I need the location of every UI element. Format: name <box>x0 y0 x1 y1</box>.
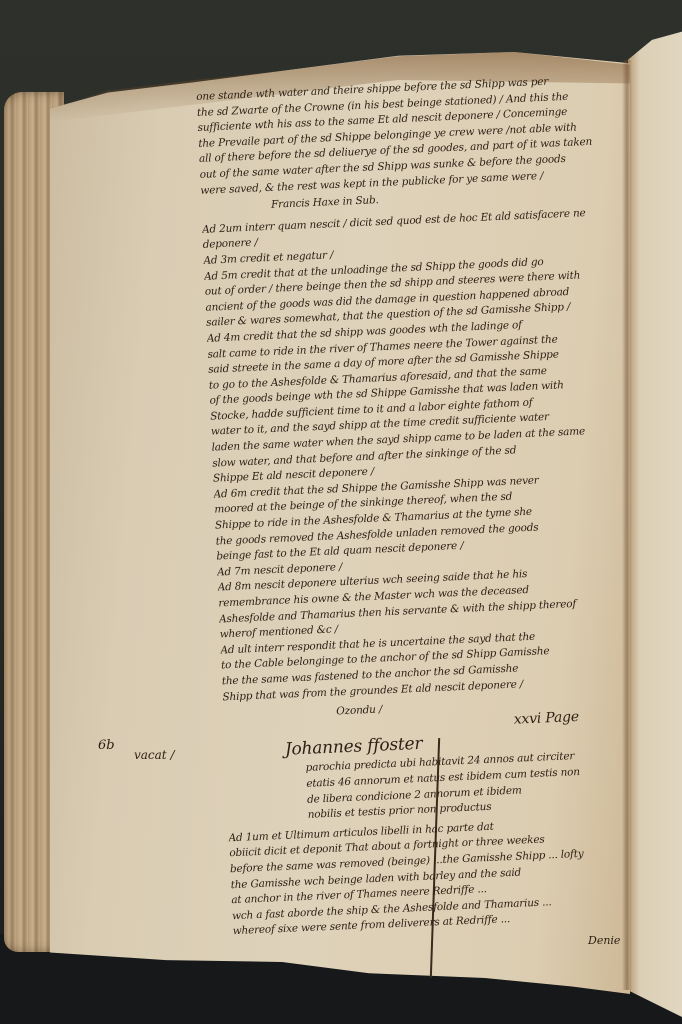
manuscript-text: one stande wth water and theire shippe b… <box>196 71 665 940</box>
upper-section: one stande wth water and theire shippe b… <box>196 71 633 216</box>
deponent-section: xxvi Page Johannes ffoster parochia pred… <box>224 706 660 827</box>
catchword: Denie <box>588 934 620 947</box>
middle-section: Ad 2um interr quam nescit / dicit sed qu… <box>202 204 645 488</box>
folio-mark: 6b <box>98 738 115 753</box>
lower-section: Ad 6m credit that the sd Shippe the Gami… <box>213 469 655 726</box>
final-section: Ad 1um et Ultimum articulos libelli in h… <box>228 812 664 940</box>
vacat-note: vacat / <box>134 748 175 762</box>
